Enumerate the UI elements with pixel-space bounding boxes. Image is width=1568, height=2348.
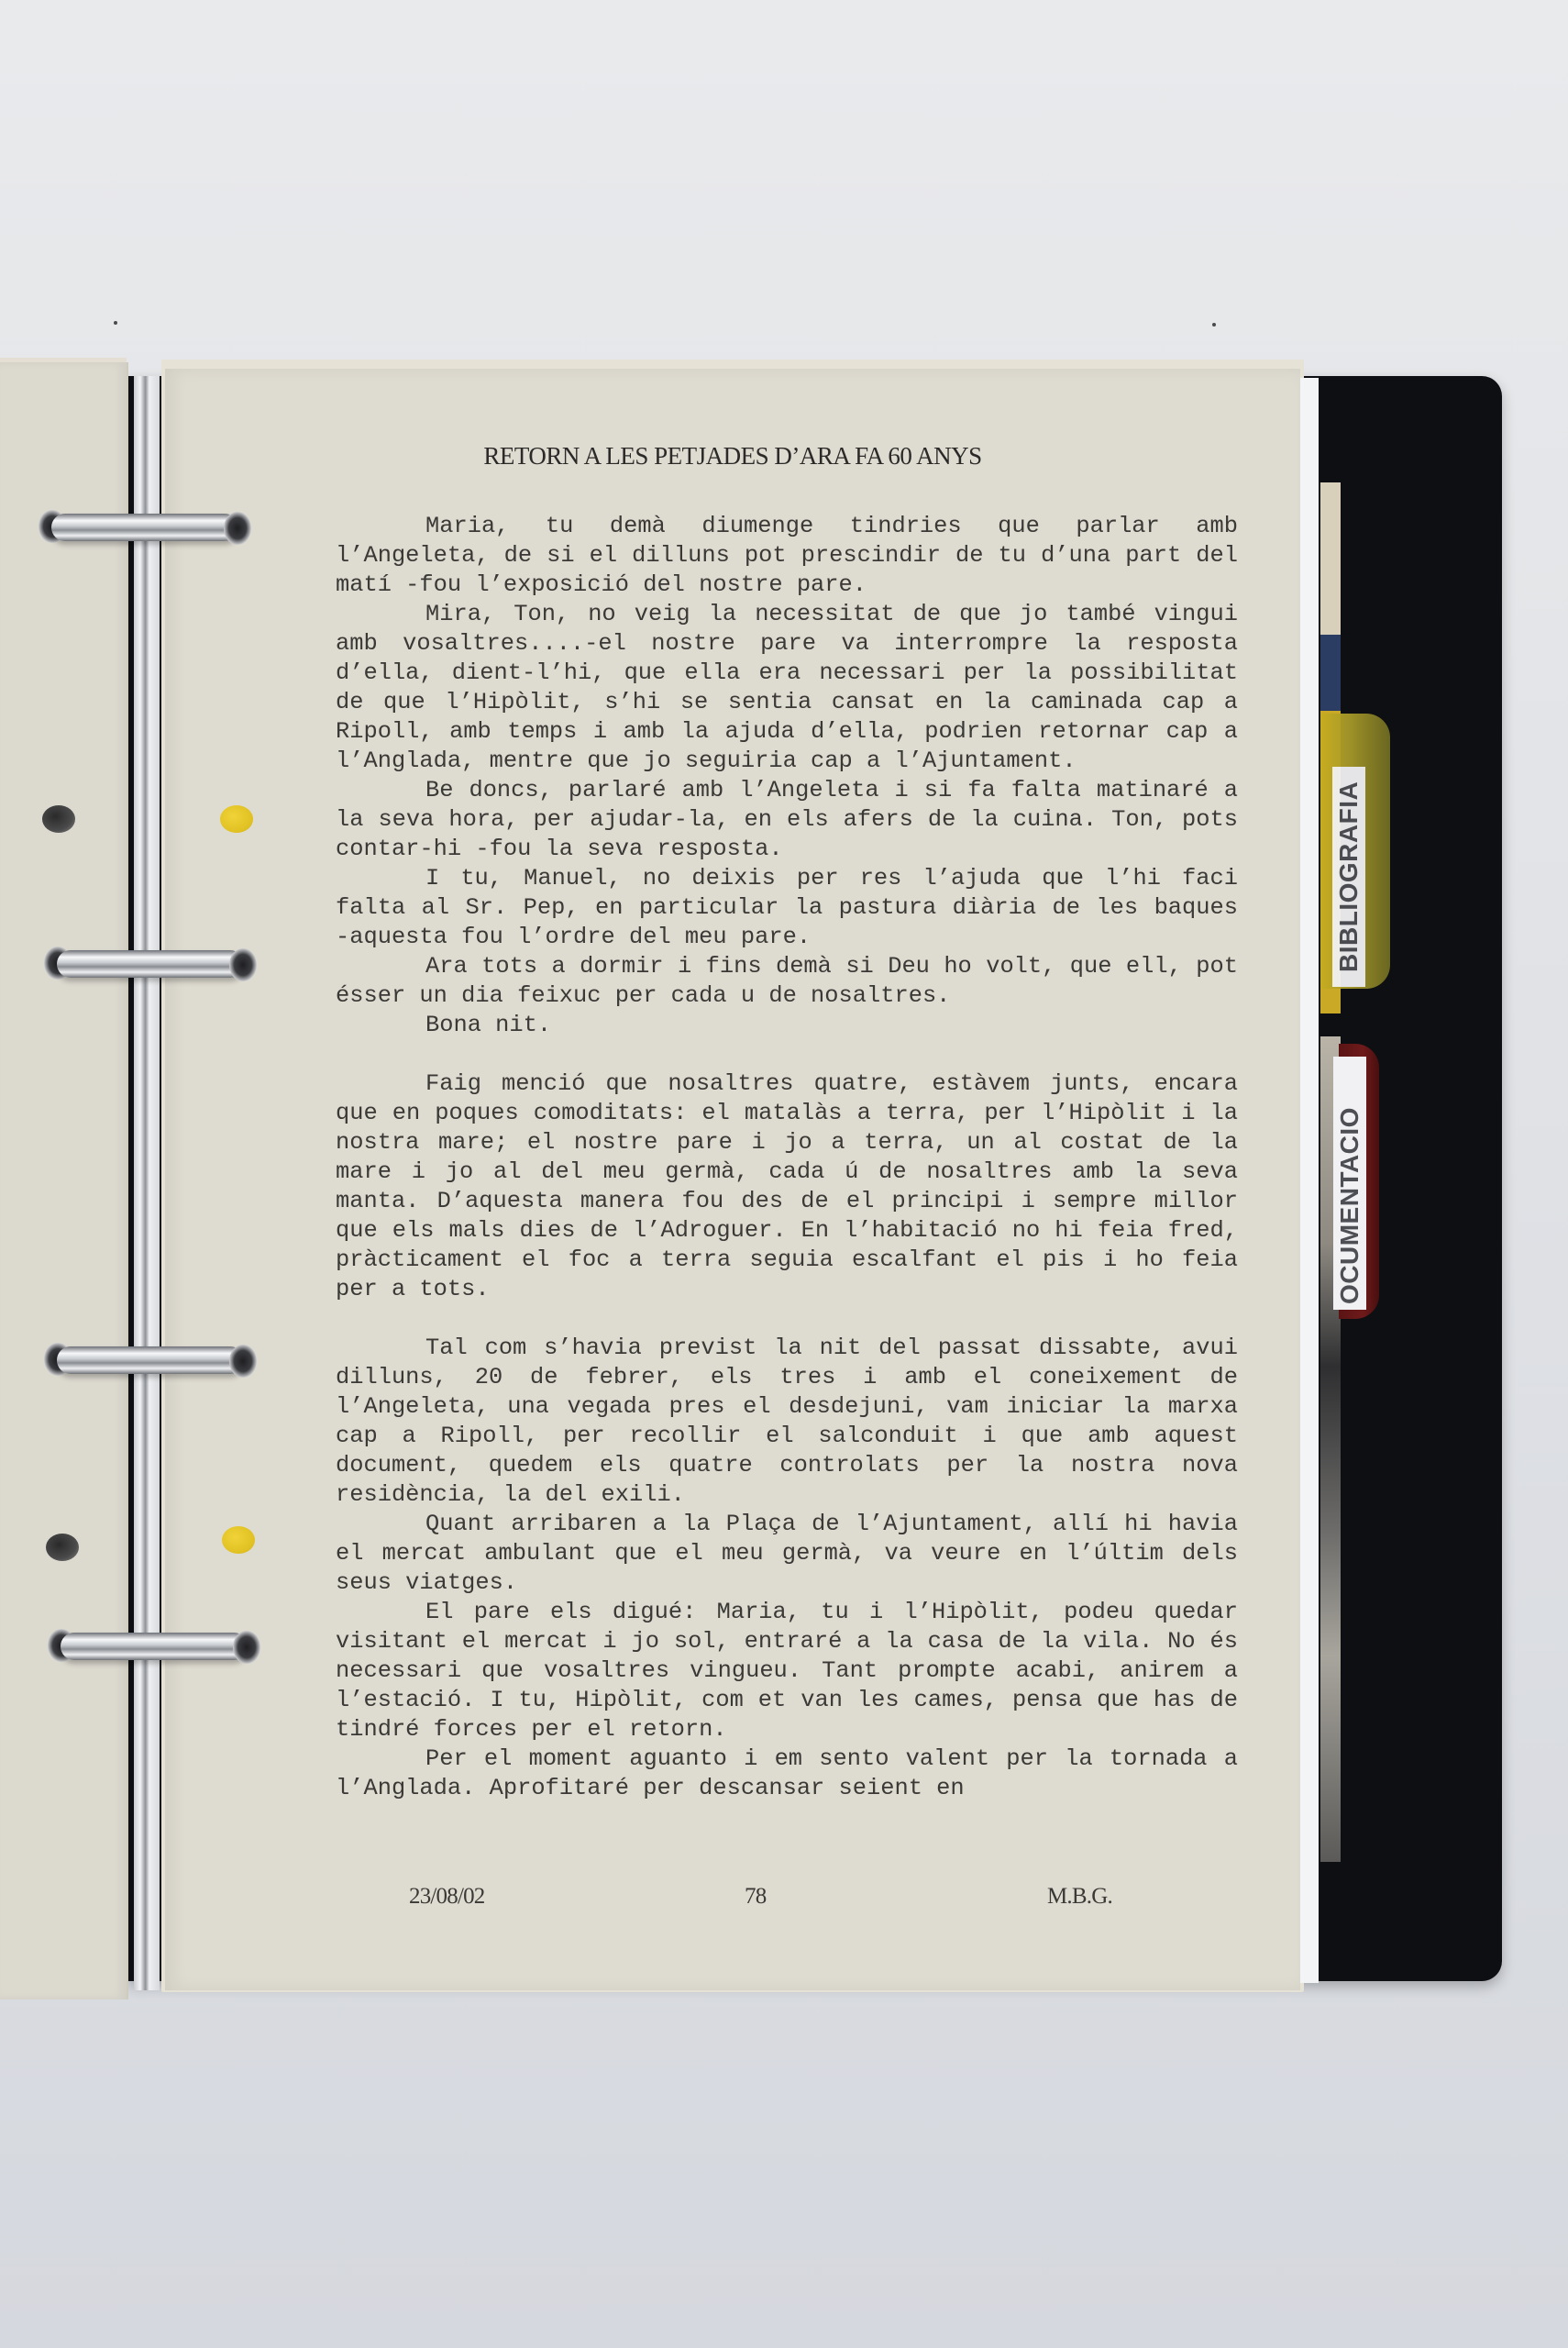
binder-spine xyxy=(134,376,160,1990)
document-body: Maria, tu demà diumenge tindries que par… xyxy=(336,512,1238,1803)
ring-hole-icon xyxy=(229,1345,257,1378)
ring-icon xyxy=(57,1346,244,1374)
insert-clipping-blue xyxy=(1320,635,1341,722)
paragraph: I tu, Manuel, no deixis per res l’ajuda … xyxy=(336,864,1238,952)
paragraph: Tal com s’havia previst la nit del passa… xyxy=(336,1334,1238,1510)
ring-icon xyxy=(61,1633,248,1660)
paragraph: Faig menció que nosaltres quatre, estàve… xyxy=(336,1069,1238,1304)
ring-hole-icon xyxy=(224,512,251,545)
punch-hole-icon xyxy=(46,1534,79,1561)
tab-documentacio[interactable]: OCUMENTACIO xyxy=(1339,1044,1379,1319)
punch-hole-yellow-icon xyxy=(220,805,253,833)
paragraph: Bona nit. xyxy=(336,1011,1238,1040)
ring-hole-icon xyxy=(229,948,257,981)
ring-icon xyxy=(51,514,238,541)
tab-bibliografia-label: BIBLIOGRAFIA xyxy=(1332,767,1365,987)
page-stack-edge xyxy=(1300,378,1319,1983)
insert-clipping-beige xyxy=(1320,482,1341,638)
footer-author: M.B.G. xyxy=(1047,1884,1112,1910)
paragraph: Mira, Ton, no veig la necessitat de que … xyxy=(336,600,1238,776)
paragraph: Ara tots a dormir i fins demà si Deu ho … xyxy=(336,952,1238,1011)
paragraph: Per el moment aguanto i em sento valent … xyxy=(336,1744,1238,1803)
left-page[interactable] xyxy=(0,362,128,1999)
paragraph: Quant arribaren a la Plaça de l’Ajuntame… xyxy=(336,1510,1238,1598)
dust-speck xyxy=(1212,323,1216,327)
paragraph: El pare els digué: Maria, tu i l’Hipòlit… xyxy=(336,1598,1238,1744)
page-header-title: RETORN A LES PETJADES D’ARA FA 60 ANYS xyxy=(165,442,1300,471)
paragraph: Be doncs, parlaré amb l’Angeleta i si fa… xyxy=(336,776,1238,864)
tab-bibliografia[interactable]: BIBLIOGRAFIA xyxy=(1320,714,1390,989)
punch-hole-yellow-icon xyxy=(222,1526,255,1554)
ring-icon xyxy=(57,950,244,978)
footer-date: 23/08/02 xyxy=(409,1884,485,1910)
dust-speck xyxy=(114,321,117,325)
paragraph: Maria, tu demà diumenge tindries que par… xyxy=(336,512,1238,600)
tab-documentacio-label: OCUMENTACIO xyxy=(1333,1057,1366,1310)
footer-page-number: 78 xyxy=(745,1884,766,1910)
punch-hole-icon xyxy=(42,805,75,833)
ring-hole-icon xyxy=(233,1631,260,1664)
